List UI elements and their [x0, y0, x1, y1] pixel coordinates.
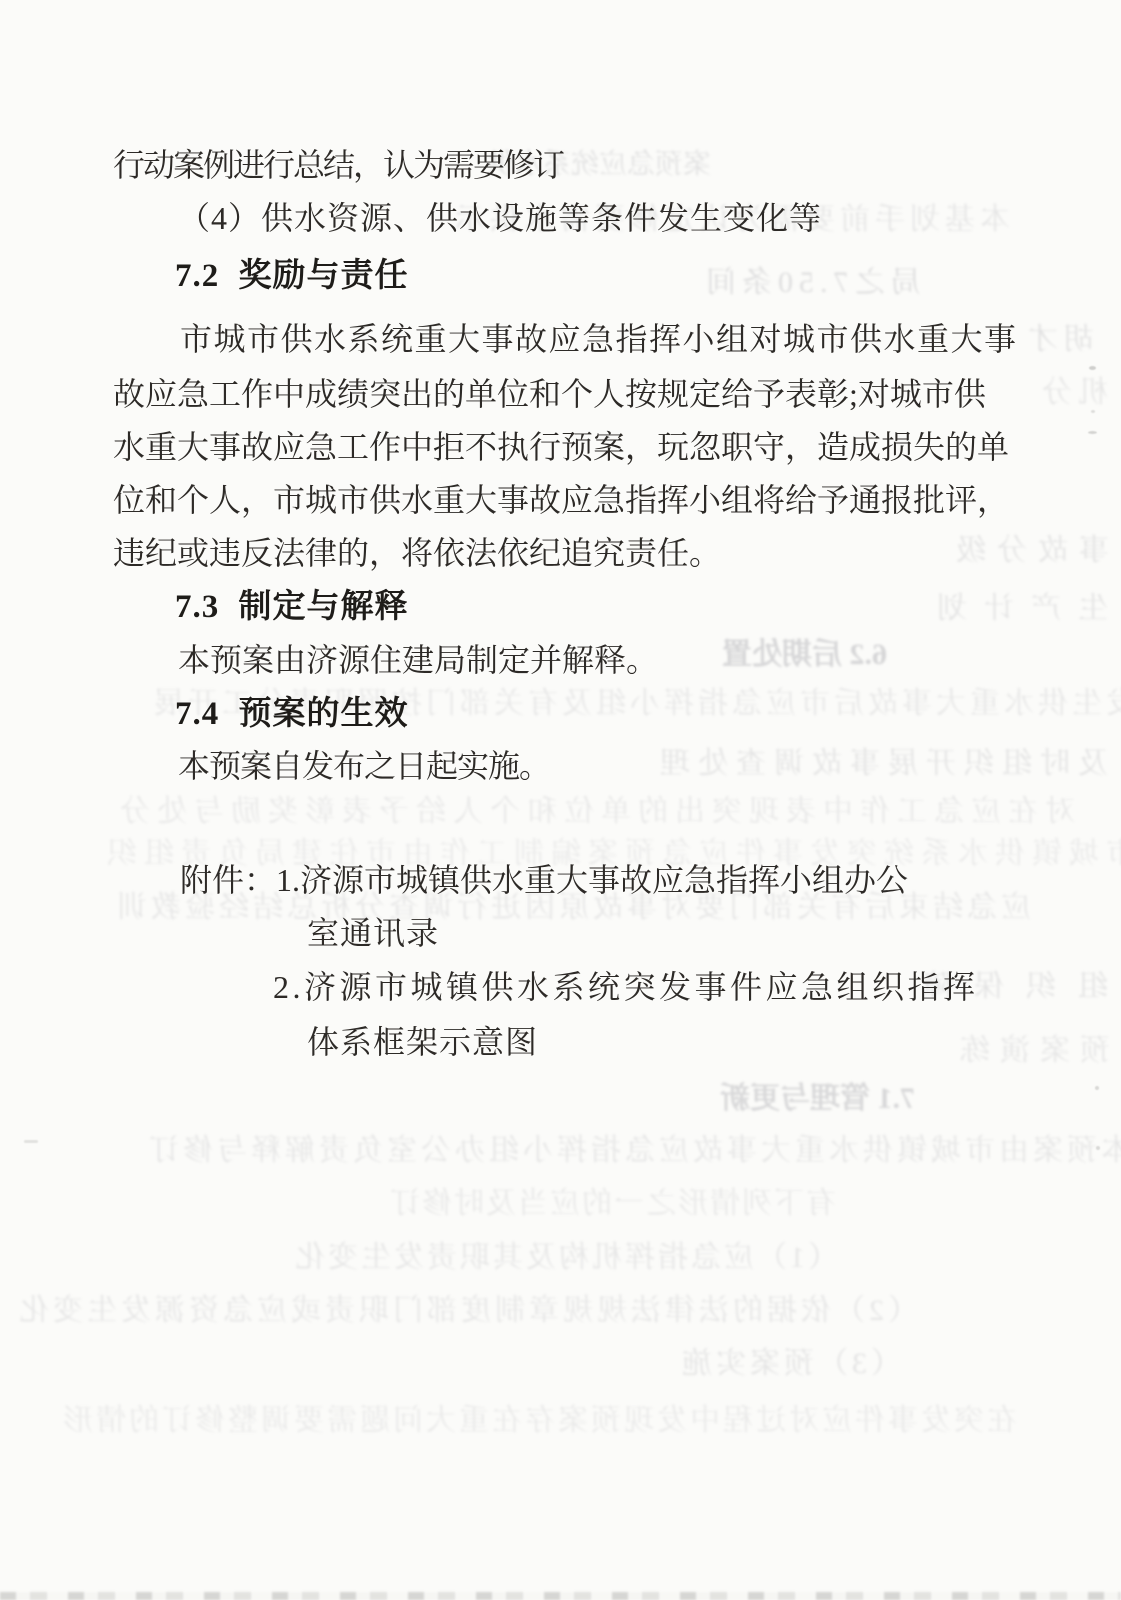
- scan-edge-shadow: [0, 1592, 1121, 1600]
- section-heading-7-2: 7.2 奖励与责任: [175, 258, 409, 294]
- scanned-page: 案预急应统系水供 本基划手前要需为认定修要需水供示 局之7.50条间 胡才 机分…: [0, 0, 1121, 1600]
- attachment-line: 2.济源市城镇供水系统突发事件应急组织指挥: [273, 970, 979, 1005]
- scan-speck: [1096, 1146, 1100, 1150]
- body-line: 位和个人，市城市供水重大事故应急指挥小组将给予通报批评，: [113, 483, 1009, 518]
- body-line: 故应急工作中成绩突出的单位和个人按规定给予表彰;对城市供: [113, 377, 986, 412]
- scan-speck: [1095, 1086, 1099, 1090]
- body-line: 本预案自发布之日起实施。: [178, 749, 550, 784]
- section-heading-7-4: 7.4 预案的生效: [175, 696, 409, 732]
- scan-speck: [24, 1140, 38, 1143]
- section-heading-7-3: 7.3 制定与解释: [175, 589, 409, 625]
- body-line: 水重大事故应急工作中拒不执行预案，玩忽职守，造成损失的单: [113, 430, 1009, 465]
- attachment-line: 体系框架示意图: [307, 1025, 538, 1060]
- scan-speck: [1088, 431, 1097, 434]
- body-line: 本预案由济源住建局制定并解释。: [178, 643, 658, 678]
- body-line: 市城市供水系统重大事故应急指挥小组对城市供水重大事: [180, 322, 1018, 357]
- scan-speck: [1091, 410, 1095, 413]
- body-line: 违纪或违反法律的，将依法依纪追究责任。: [113, 536, 721, 571]
- scan-speck: [1089, 366, 1096, 370]
- attachment-line: 附件：1.济源市城镇供水重大事故应急指挥小组办公: [180, 863, 908, 898]
- body-line: （4）供水资源、供水设施等条件发生变化等: [178, 201, 822, 236]
- document-text-layer: 行动案例进行总结，认为需要修订 （4）供水资源、供水设施等条件发生变化等 7.2…: [0, 0, 1121, 1600]
- body-line: 行动案例进行总结，认为需要修订: [113, 148, 563, 183]
- attachment-line: 室通讯录: [307, 916, 439, 951]
